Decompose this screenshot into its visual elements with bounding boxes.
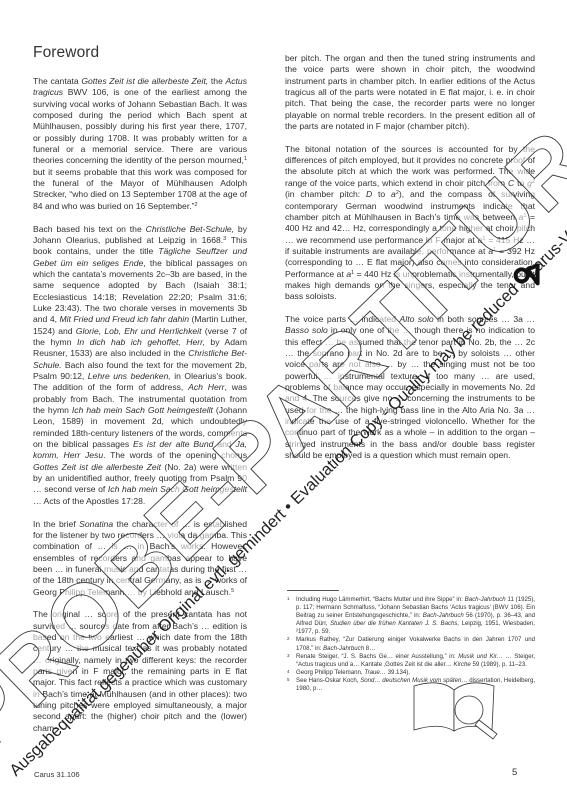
publication: Traue… [364, 669, 386, 676]
footnote-2: 2 Markus Rathey, “Zur Datierung einiger … [287, 636, 535, 652]
footnote-3: 3 Renate Steiger, “J. S. Bachs Ge… einer… [287, 653, 535, 669]
footnote-number: 3 [287, 652, 290, 660]
footnote-number: 4 [287, 668, 290, 676]
text: and [213, 439, 235, 449]
text: Georg Philipp Telemann, [296, 669, 364, 676]
text: (in chamber pitch: [285, 189, 366, 199]
work-title: Es ist der alte Bund [133, 439, 213, 449]
footnote-number: 2 [287, 635, 290, 643]
text: the character of … is established for th… [33, 519, 247, 597]
document-page: Foreword The cantata Gottes Zeit ist die… [0, 0, 567, 800]
work-title: Ich hab mein Sach Gott heimgestellt [72, 405, 213, 415]
paragraph-7: The voice parts … indicated Alto solo in… [285, 314, 535, 461]
text: The cantata [33, 76, 81, 86]
publication: Bach-Jahrbuch [323, 645, 364, 652]
paragraph-2: Bach based his text on the Christliche B… [33, 224, 247, 508]
footnote-1: 1 Including Hugo Lämmerhirt, “Bachs Mutt… [287, 596, 535, 636]
text: The voice parts … indicated [285, 314, 400, 324]
publication: Bach-Jahrbuch [423, 612, 464, 619]
text: . The words of the opening chorus [103, 450, 247, 460]
publication: Studien über die frühen Kantaten J. S. B… [330, 620, 459, 627]
publication: deutschen Musik vom späten… [382, 677, 467, 684]
work-title: Gottes Zeit ist die allerbeste Zeit, [81, 76, 208, 86]
footnote-5: 5 See Hans-Oskar Koch, Sond… deutschen M… [287, 677, 535, 693]
text: Bach based his text on the [33, 224, 146, 234]
catalog-number: Carus 31.106 [34, 770, 80, 779]
footnote-ref: 5 [231, 588, 234, 594]
publication: Sond… [360, 677, 380, 684]
work-title: In dich hab ich gehoffet, Herr, [77, 337, 205, 347]
work-title: Lehre uns bedenken, [88, 371, 171, 381]
footnote-divider [287, 590, 339, 591]
paragraph-3: In the brief Sonatina the character of …… [33, 519, 247, 598]
text: 8… [364, 645, 375, 652]
text: 59 (1989), p. 11–23. [471, 661, 527, 668]
text: BWV 106, is one of the earliest among th… [33, 87, 247, 165]
publication: Kirche [454, 661, 471, 668]
work-title: Sonatina [79, 519, 113, 529]
voice-label: Alto solo [400, 314, 434, 324]
work-title: Christliche Bet-Schule, [146, 224, 234, 234]
text: 39.134). [386, 669, 410, 676]
paragraph-1: The cantata Gottes Zeit ist die allerbes… [33, 76, 247, 212]
right-column: ber pitch. The organ and then the tuned … [285, 53, 535, 473]
text: The bitonal notation of the sources is a… [285, 144, 535, 188]
page-number: 5 [512, 767, 517, 778]
text: … Acts of the Apostles 17:28. [33, 496, 145, 506]
footnote-4: 4 Georg Philipp Telemann, Traue… 39.134)… [287, 669, 535, 677]
work-title: Mit Fried und Freud ich fahr dahin [59, 314, 189, 324]
publication: Musik und Kir… [458, 653, 503, 660]
text: to [372, 189, 391, 199]
footnote-ref: 1 [244, 156, 247, 162]
footnote-number: 1 [287, 595, 290, 603]
text: to [514, 178, 527, 188]
left-column: The cantata Gottes Zeit ist die allerbes… [33, 76, 247, 745]
text: The original … score of the present cant… [33, 609, 247, 732]
footnote-ref: 2 [194, 202, 197, 208]
text: In the brief [33, 519, 79, 529]
voice-label: Basso solo [285, 325, 328, 335]
text: in both sources … 3a … [434, 314, 535, 324]
page-title: Foreword [33, 44, 99, 62]
footnote-number: 5 [287, 676, 290, 684]
text: but it seems probable that this work was… [33, 167, 247, 211]
text: in only one of the … though there is no … [285, 325, 535, 460]
paragraph-5: ber pitch. The organ and then the tuned … [285, 53, 535, 132]
paragraph-6: The bitonal notation of the sources is a… [285, 144, 535, 303]
footnotes: 1 Including Hugo Lämmerhirt, “Bachs Mutt… [287, 596, 535, 693]
text: See Hans-Oskar Koch, [296, 677, 360, 684]
work-title: Gottes Zeit ist die allerbeste Zeit [33, 462, 161, 472]
work-title: Glorie, Lob, Ehr und Herrlichkeit [76, 326, 202, 336]
text: Including Hugo Lämmerhirt, “Bachs Mutter… [296, 596, 465, 603]
text: Renate Steiger, “J. S. Bachs Ge… einer A… [296, 653, 458, 660]
octave: 2 [532, 179, 535, 185]
work-title: Ach Herr [188, 382, 224, 392]
text: the [208, 76, 225, 86]
publication: Bach-Jahrbuch [465, 596, 506, 603]
work-title: Ich hab mein Sach Gott heimgestellt [108, 484, 247, 494]
paragraph-4: The original … score of the present cant… [33, 609, 247, 734]
